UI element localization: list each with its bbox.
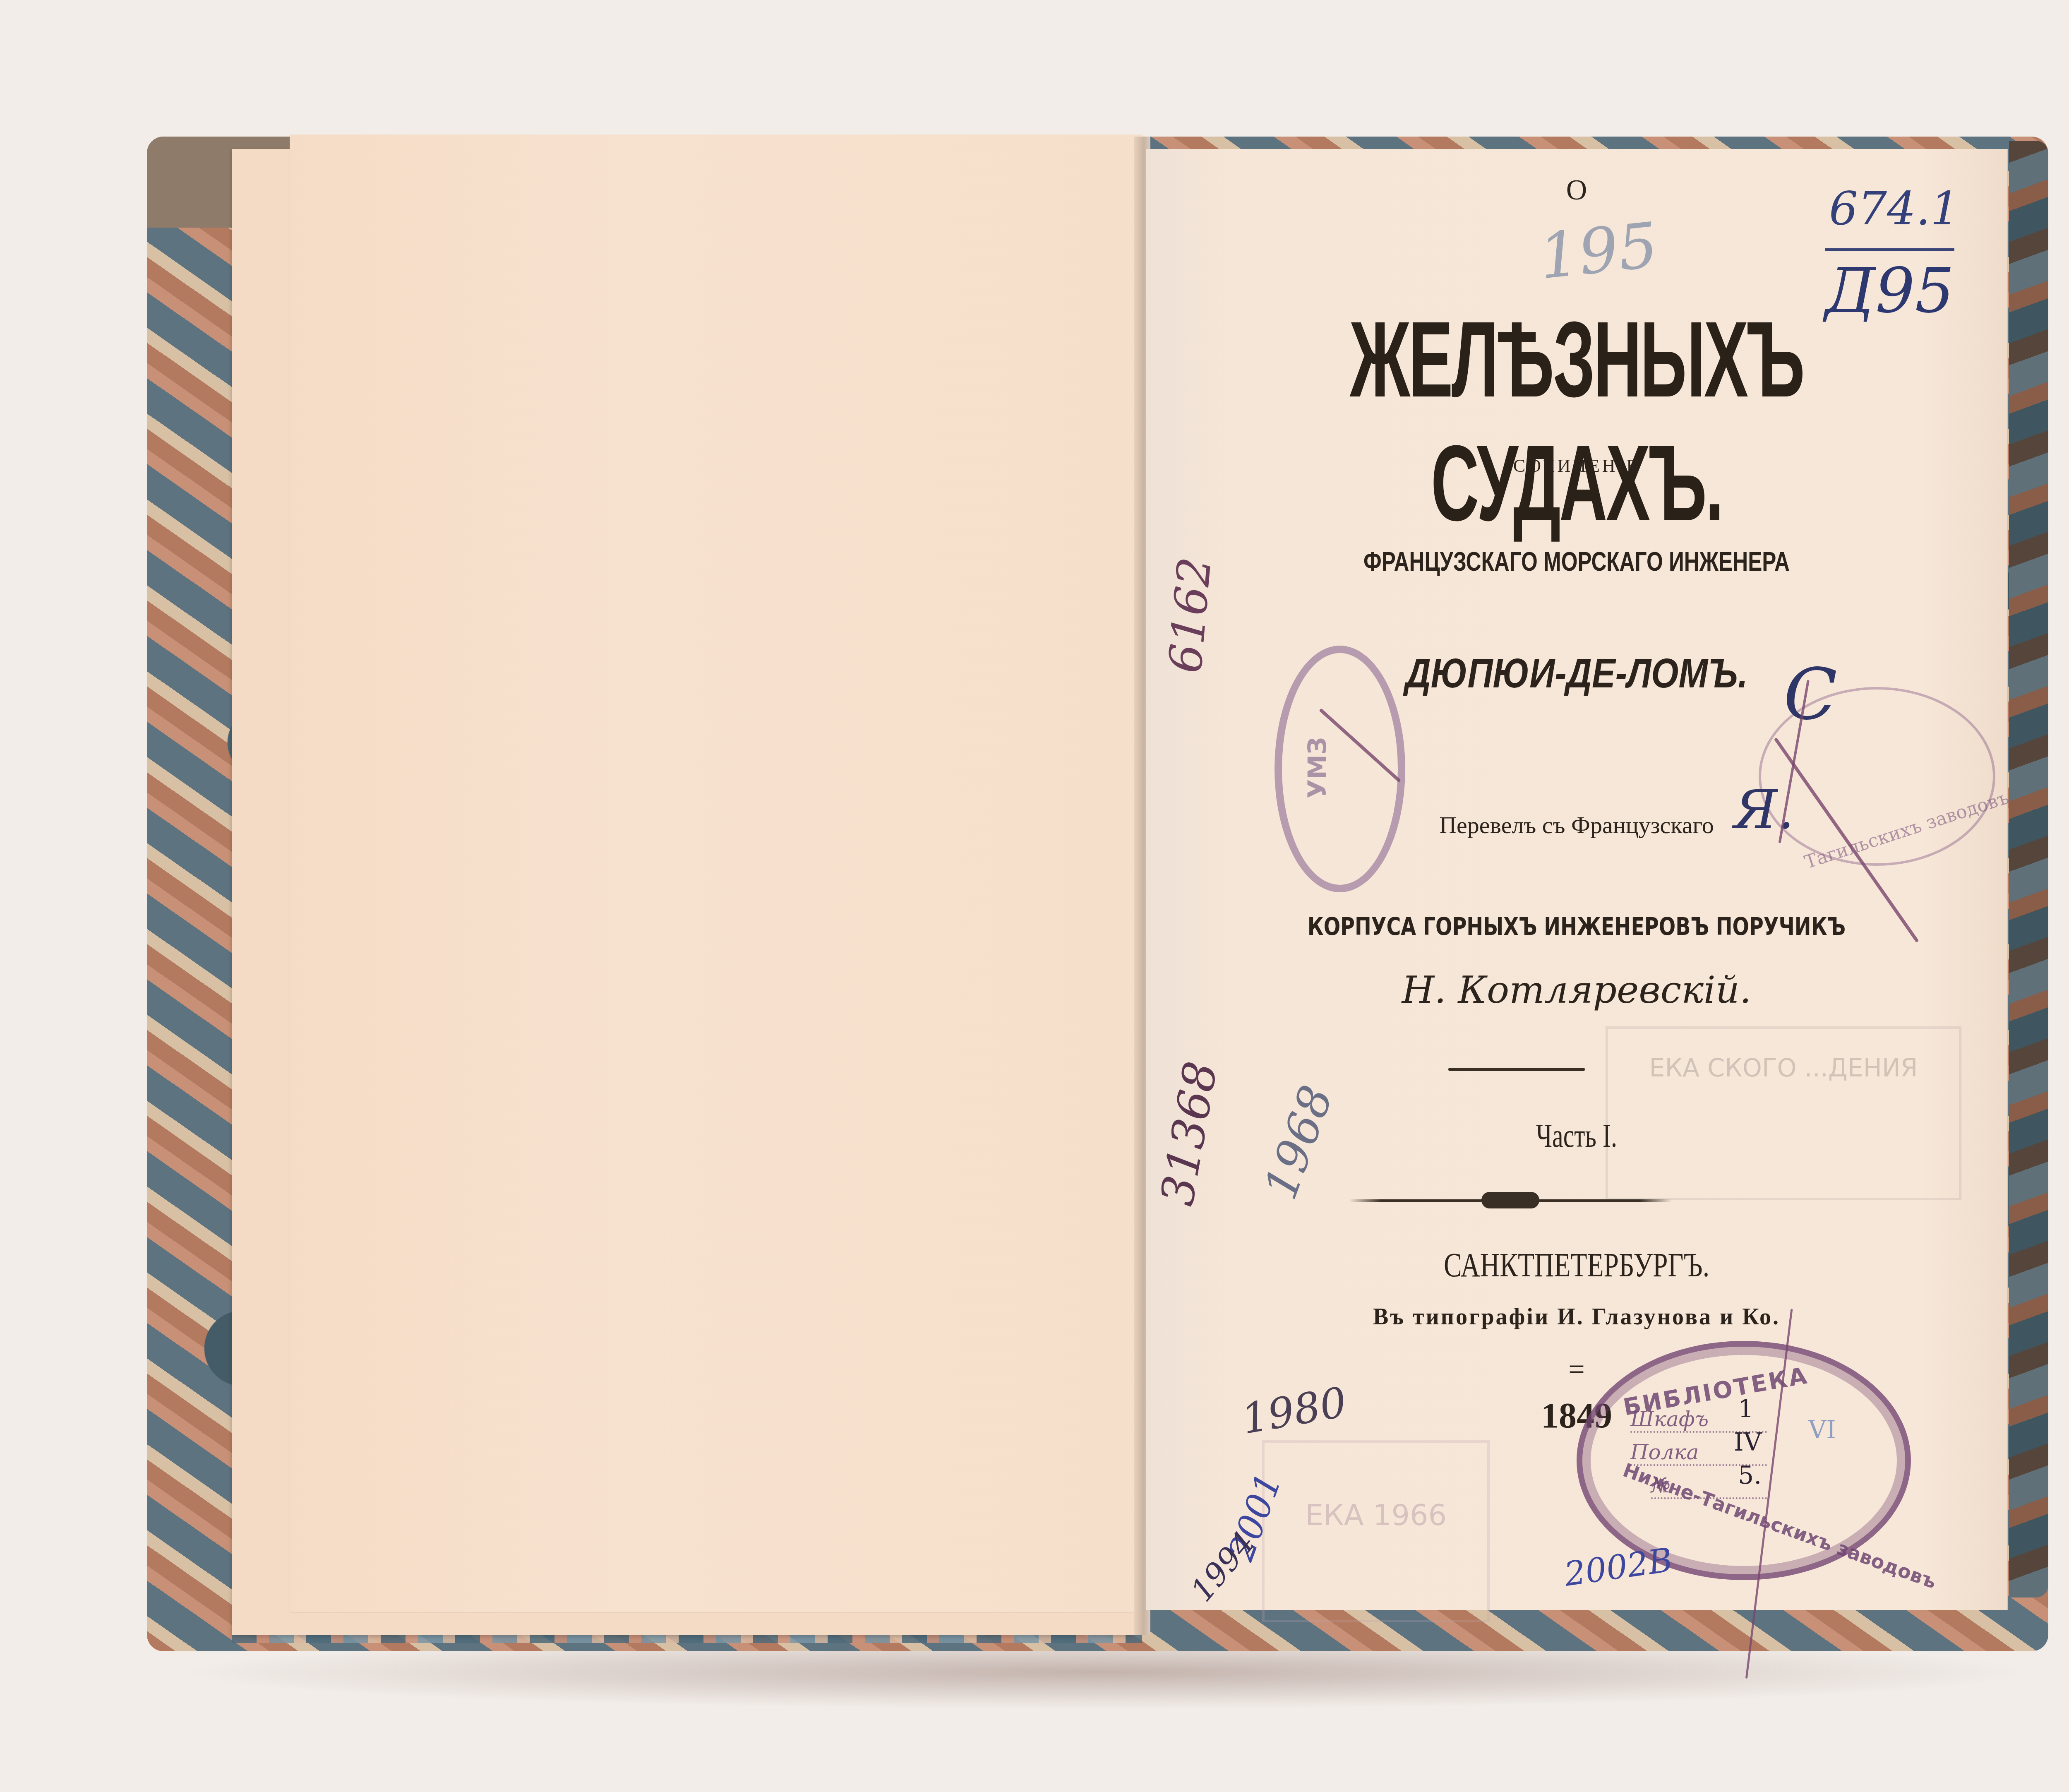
faded-rect-stamp-1966: ЕКА 1966 xyxy=(1262,1440,1490,1622)
ornament-icon xyxy=(1481,1192,1539,1208)
double-rule-separator: = xyxy=(1146,1353,2007,1386)
shelfmark-bottom: Д95 xyxy=(1825,248,1954,327)
rule-divider xyxy=(1448,1068,1585,1071)
library-stamp-extra-mark: VI xyxy=(1808,1415,1836,1444)
vertical-inventory-number: 6162 xyxy=(1159,555,1222,675)
publication-city: САНКТПЕТЕРБУРГЪ. xyxy=(1232,1246,1921,1285)
work-label: СОЧИНЕНІЕ xyxy=(1146,455,2007,476)
library-stamp-cabinet-value: 1 xyxy=(1738,1395,1754,1424)
shelfmark-top: 674.1 xyxy=(1829,182,1959,235)
library-stamp-shelf-value: IV xyxy=(1734,1428,1762,1457)
author-descriptor: ФРАНЦУЗСКАГО МОРСКАГО ИНЖЕНЕРА xyxy=(1232,546,1921,577)
faded-rect-stamp: ЕКА СКОГО ...ДЕНИЯ xyxy=(1606,1026,1961,1200)
oval-stamp-left-text: УМЗ xyxy=(1303,737,1332,799)
library-stamp-number-value: 5. xyxy=(1738,1461,1762,1490)
pencil-number-195: 195 xyxy=(1536,209,1661,293)
translator-name: Н. Котляревскій. xyxy=(1146,968,2007,1012)
handwritten-initial-c: С xyxy=(1783,654,1837,736)
translator-rank: КОРПУСА ГОРНЫХЪ ИНЖЕНЕРОВЪ ПОРУЧИКЪ xyxy=(1224,913,1930,941)
translated-from: Перевелъ съ Французскаго xyxy=(1146,811,2007,839)
main-title: ЖЕЛѢЗНЫХЪ СУДАХЪ. xyxy=(1310,298,1843,545)
blank-flyleaf-page xyxy=(290,135,1143,1612)
printer-line: Въ типографіи И. Глазунова и Ко. xyxy=(1146,1304,2007,1330)
right-cover-edge xyxy=(2009,141,2048,1597)
part-number: Часть I. xyxy=(1254,1117,1899,1155)
